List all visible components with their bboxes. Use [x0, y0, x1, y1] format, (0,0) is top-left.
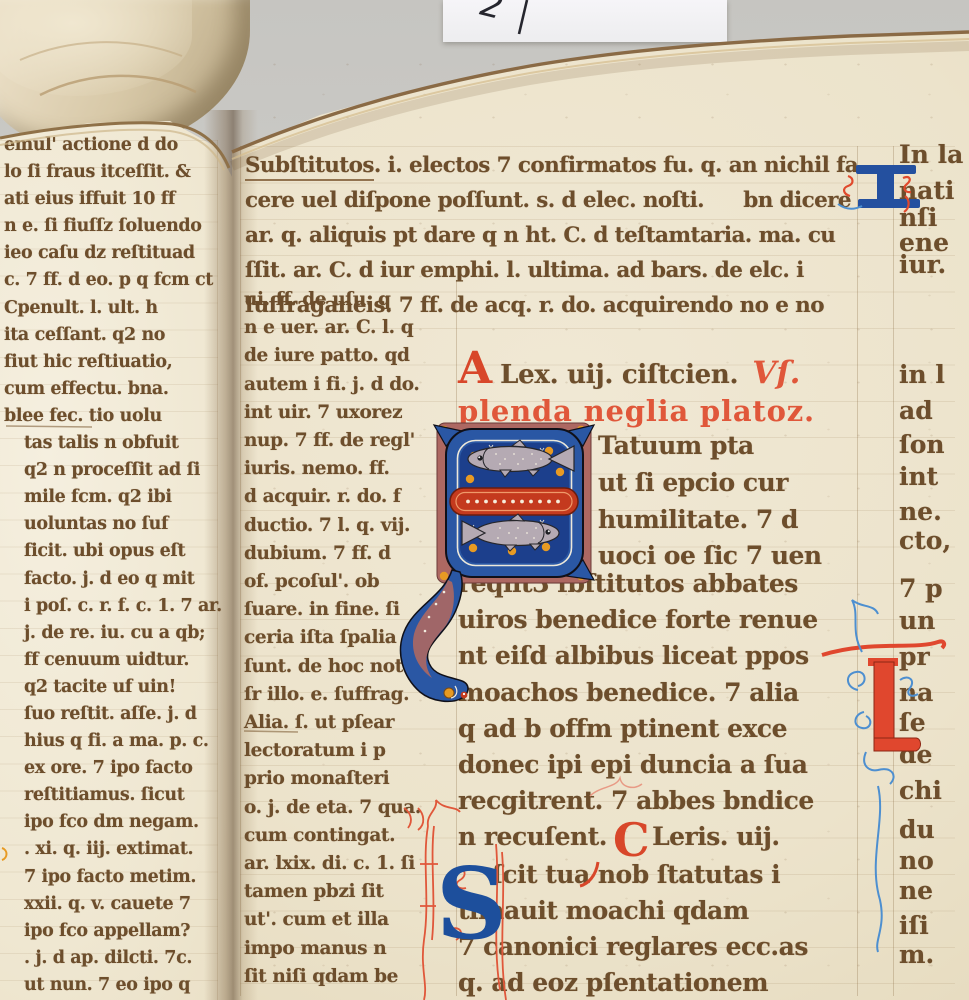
text-line: ut'. cum et illa [244, 906, 458, 934]
catchword: bn dicere [743, 183, 851, 218]
text-line: fiut hic reſtiuatio, [4, 349, 220, 376]
text-line: timauit moachi qdam [458, 893, 860, 929]
text-line: ipo fco dm negam. [4, 809, 220, 836]
photo-canvas: 2 emul' actione d dolo ſi fraus itceſſit… [0, 0, 969, 1000]
text-line: ſuo reſtit. aſſe. j. d [4, 701, 220, 728]
text-fragment: m. [899, 940, 934, 970]
text-line: donec ipi epi duncia a ſua [458, 747, 860, 783]
text-line: uoluntas no ſuf [4, 511, 220, 538]
text-line: j. de re. iu. cu a qb; [4, 620, 220, 647]
text-fragment: ſon [899, 430, 945, 460]
text-line: of. pcoſul'. ob [244, 568, 458, 596]
rubric-brown-text: Lex. uij. ciſtcien. [500, 360, 738, 390]
text-line: ficit. ubi opus eſt [4, 538, 220, 565]
text-line: ar. q. aliquis pt dare q n ht. C. d teſt… [245, 218, 857, 253]
rubric-line: A Lex. uij. ciſtcien. Vſ. [458, 352, 815, 392]
main-full-lines: reqlit3 ſbſtitutos abbatesuiros benedice… [458, 566, 860, 819]
column-rule [240, 146, 241, 996]
text-fragment: ne. [899, 497, 942, 527]
text-line: n e. ſi fiuſſz ſoluendo [4, 213, 220, 240]
text-line: Cpenult. l. ult. h [4, 295, 220, 322]
text-line: q ad b offm ptinent exce [458, 711, 860, 747]
text-fragment: iſi [899, 911, 929, 941]
rubric-red-flourish: Vſ. [752, 355, 800, 391]
paper-slip: 2 [443, 0, 727, 42]
text-line: humilitate. 7 d [598, 502, 860, 539]
text-line: blee fec. tio uolu [4, 403, 220, 430]
text-line: mile fcm. q2 ibi [4, 484, 220, 511]
text-line: emul' actione d do [4, 132, 220, 159]
text-line: ductio. 7 l. q. vij. [244, 512, 458, 540]
text-line: ſcit tua nob ſtatutas i [458, 857, 860, 893]
beside-initial-text: Tatuum ptaut ſi epcio curhumilitate. 7 d… [598, 428, 860, 575]
text-line: cere uel diſpone poſſunt. s. d elec. noſ… [245, 183, 857, 218]
rubric: A Lex. uij. ciſtcien. Vſ. plenda neglia … [458, 352, 815, 428]
text-line: q2 n proceſſit ad ſi [4, 457, 220, 484]
rubric-line: plenda neglia platoz. [458, 394, 815, 428]
text-line: ui. ff. de uſu. q [244, 286, 458, 314]
text-line: lectoratum i p [244, 737, 458, 765]
text-line: nt eiſd albibus liceat ppos [458, 638, 860, 674]
text-line: o. j. de eta. 7 qua. [244, 794, 458, 822]
text-line: Tatuum pta [598, 428, 860, 465]
text-line: facto. j. d eo q mit [4, 566, 220, 593]
text-line: ſr illo. e. ſuffrag. [244, 681, 458, 709]
text-line: xxii. q. v. cauete 7 [4, 891, 220, 918]
text-fragment: pr [899, 642, 930, 672]
text-line: q. ad eoz pſentationem [458, 965, 860, 1000]
left-text-column: emul' actione d dolo ſi fraus itceſſit. … [4, 132, 220, 999]
text-line: de iure patto. qd [244, 342, 458, 370]
text-fragment: int [899, 462, 938, 492]
text-line: . j. d ap. dilcti. 7c. [4, 945, 220, 972]
text-line: ar. lxix. di. c. 1. ſi [244, 850, 458, 878]
text-line: recgitrent. 7 abbes bndice [458, 783, 860, 819]
text-line: 7 canonici reglares ecc.as [458, 929, 860, 965]
text-fragment: nati [899, 176, 954, 206]
text-line: tas talis n obfuit [4, 430, 220, 457]
text-fragment: ad [899, 396, 933, 426]
gloss-column: ui. ff. de uſu. qn e uer. ar. C. l. qde … [244, 286, 458, 991]
text-run: . i. electos 7 confirmatos fu. q. an nic… [374, 153, 858, 178]
text-line: ita ceſſant. q2 no [4, 322, 220, 349]
text-line: int uir. 7 uxorez [244, 399, 458, 427]
text-line: cum effectu. bna. [4, 376, 220, 403]
text-fragment: chi [899, 776, 942, 806]
text-fragment: na [899, 678, 933, 708]
text-line: ex ore. 7 ipo facto [4, 755, 220, 782]
text-line: n recuſent.CLeris. uij. [458, 819, 860, 856]
text-line: Subſtitutos. i. electos 7 confirmatos fu… [245, 148, 857, 183]
text-line: ff cenuum uidtur. [4, 647, 220, 674]
text-line: Alia. ſ. ut pſear [244, 709, 458, 737]
text-line: ſuare. in fine. ſi [244, 596, 458, 624]
text-fragment: 7 p [899, 574, 943, 604]
text-fragment: ſe [899, 708, 926, 738]
text-line: n e uer. ar. C. l. q [244, 314, 458, 342]
main-text-column: reqlit3 ſbſtitutos abbatesuiros benedice… [458, 566, 860, 1000]
text-line: reqlit3 ſbſtitutos abbates [458, 566, 860, 602]
column-rule [893, 146, 894, 996]
text-run: Leris. uij. [652, 822, 780, 851]
text-line: moachos benedice. 7 alia [458, 675, 860, 711]
text-line: prio monaſteri [244, 765, 458, 793]
text-fragment: cto, [899, 526, 951, 556]
text-line: . xi. q. iij. extimat. [4, 836, 220, 863]
text-fragment: in l [899, 360, 945, 390]
text-line: nup. 7 ff. de regl' [244, 427, 458, 455]
text-line: q2 tacite uf uin! [4, 674, 220, 701]
text-line: ut ſi epcio cur [598, 465, 860, 502]
text-line: uiros benedice forte renue [458, 602, 860, 638]
red-paraph: A [458, 352, 492, 386]
text-fragment: no [899, 846, 934, 876]
text-line: hius q fi. a ma. p. c. [4, 728, 220, 755]
text-line: ipo fco appellam? [4, 918, 220, 945]
text-line: lo ſi fraus itceſſit. & [4, 159, 220, 186]
text-fragment: de [899, 740, 932, 770]
text-line: tamen pbzi ſit [244, 878, 458, 906]
text-line: i poſ. c. r. f. c. 1. 7 ar. [4, 593, 220, 620]
text-run: cere uel diſpone poſſunt. s. d elec. noſ… [245, 188, 704, 213]
text-line: d acquir. r. do. f [244, 483, 458, 511]
right-text-column: In lanatinſieneiur.in ladſonintne.cto,7 … [899, 0, 969, 1000]
text-fragment: ne [899, 876, 933, 906]
text-line: ſſit. ar. C. d iur emphi. l. ultima. ad … [245, 253, 857, 288]
text-line: reſtitiamus. ſicut [4, 782, 220, 809]
text-line: ceria iſta ſpalia [244, 624, 458, 652]
main-closing-lines: ſcit tua nob ſtatutas itimauit moachi qd… [458, 857, 860, 1000]
text-fragment: du [899, 815, 935, 845]
text-line: ati eius iffuit 10 ff [4, 186, 220, 213]
text-line: impo manus n [244, 935, 458, 963]
text-fragment: un [899, 606, 935, 636]
underlined-word: Subſtitutos [245, 153, 374, 181]
text-line: iuris. nemo. ff. [244, 455, 458, 483]
text-run: n recuſent. [458, 822, 607, 851]
text-line: c. 7 ff. d eo. p q fcm ct [4, 267, 220, 294]
text-line: ſit niſi qdam be [244, 963, 458, 991]
text-line: cum contingat. [244, 822, 458, 850]
text-line: 7 ipo facto metim. [4, 864, 220, 891]
text-fragment: iur. [899, 250, 946, 280]
text-line: ieo caſu dz reſtituad [4, 240, 220, 267]
text-line: dubium. 7 ff. d [244, 540, 458, 568]
text-line: ſunt. de hoc not [244, 653, 458, 681]
text-line: autem i fi. j. d do. [244, 371, 458, 399]
text-fragment: In la [899, 140, 963, 170]
text-line: ut nun. 7 eo ipo q [4, 972, 220, 999]
